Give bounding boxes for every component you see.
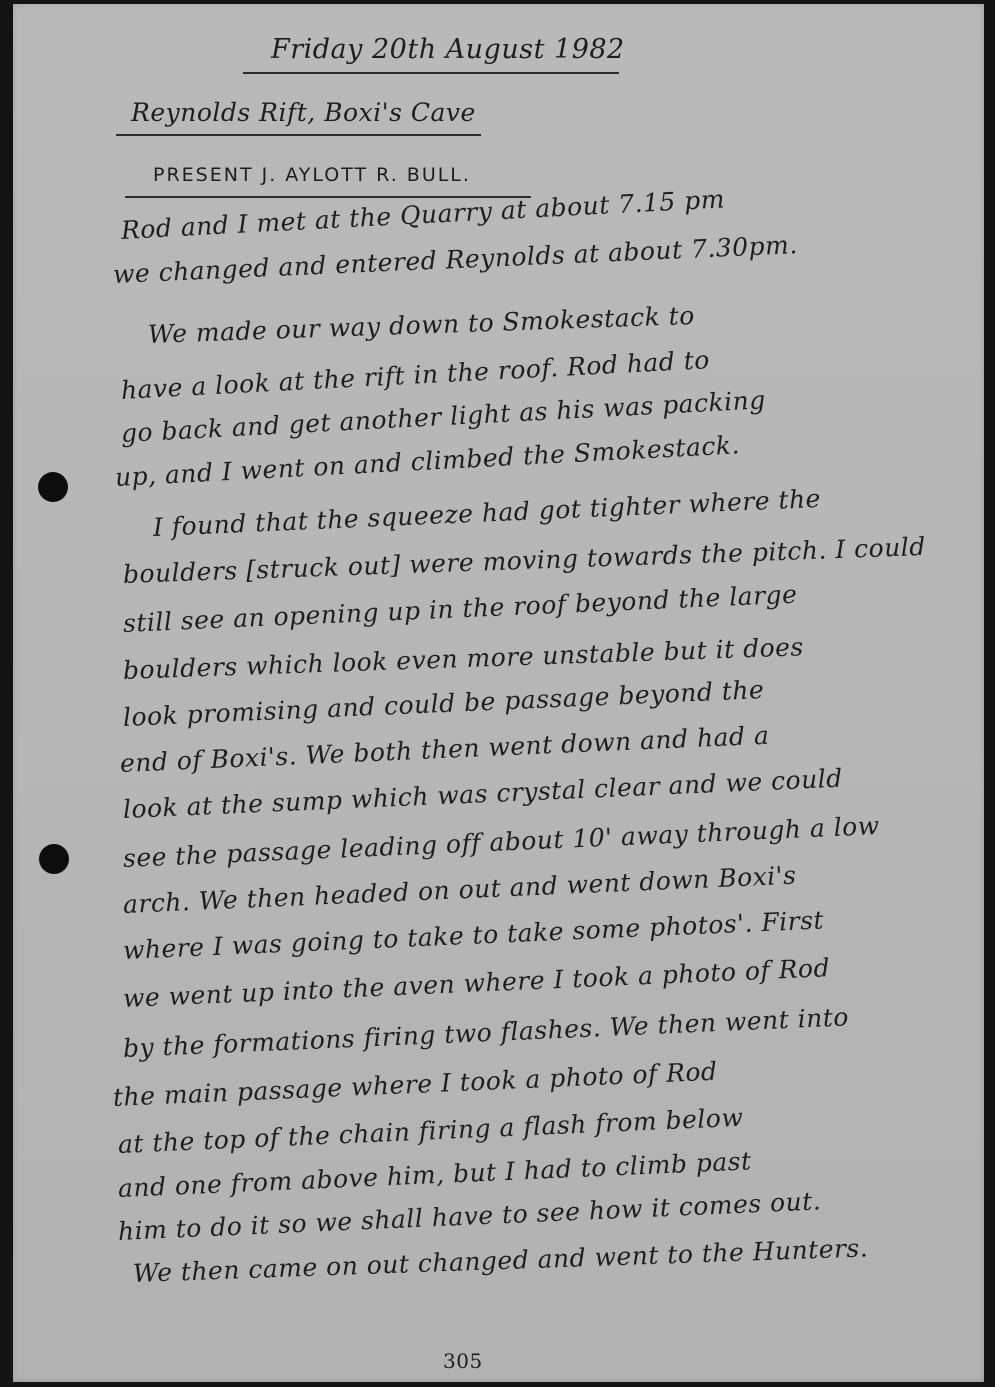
heading-underline: [243, 72, 619, 74]
handwritten-line: We made our way down to Smokestack to: [147, 301, 695, 349]
handwritten-line: we went up into the aven where I took a …: [122, 953, 830, 1013]
date-heading: Friday 20th August 1982: [271, 34, 625, 69]
handwritten-line: look promising and could be passage beyo…: [122, 675, 764, 732]
handwritten-line: I found that the squeeze had got tighter…: [152, 484, 821, 542]
heading-underline: [116, 134, 481, 136]
page-number: 305: [443, 1349, 483, 1373]
handwritten-line: end of Boxi's. We both then went down an…: [119, 721, 770, 778]
handwritten-line: by the formations firing two flashes. We…: [122, 1002, 849, 1063]
handwritten-line: the main passage where I took a photo of…: [112, 1057, 718, 1112]
notebook-page: Friday 20th August 1982 Reynolds Rift, B…: [13, 4, 984, 1382]
handwritten-line: Rod and I met at the Quarry at about 7.1…: [120, 184, 725, 245]
handwritten-line: still see an opening up in the roof beyo…: [122, 580, 798, 638]
attendees-line: PRESENT J. AYLOTT R. BULL.: [153, 164, 471, 186]
handwritten-line: We then came on out changed and went to …: [132, 1233, 868, 1288]
punch-hole: [38, 472, 68, 502]
punch-hole: [39, 844, 69, 874]
handwritten-line: boulders [struck out] were moving toward…: [122, 532, 926, 589]
location-heading: Reynolds Rift, Boxi's Cave: [131, 98, 476, 127]
